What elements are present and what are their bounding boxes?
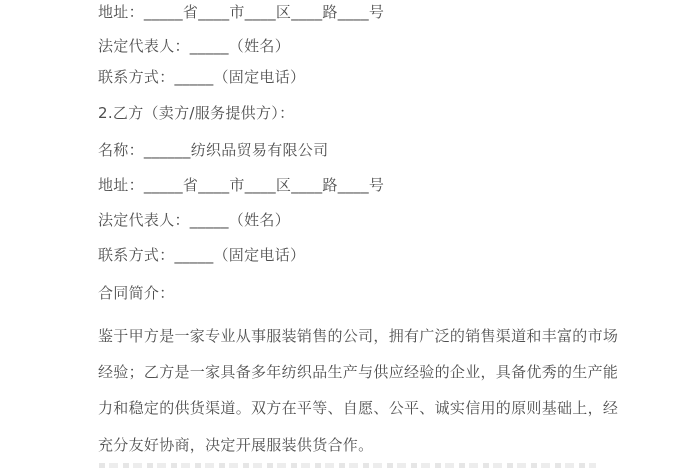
party2-contact-line: 联系方式：_____（固定电话）: [98, 245, 305, 265]
contract-intro-heading: 合同简介：: [98, 283, 175, 303]
party1-address-line: 地址：_____省____市____区____路____号: [98, 2, 384, 22]
intro-paragraph-line-3: 力和稳定的供货渠道。双方在平等、自愿、公平、诚实信用的原则基础上，经: [98, 398, 618, 418]
intro-paragraph-line-2: 经验；乙方是一家具备多年纺织品生产与供应经验的企业，具备优秀的生产能: [98, 362, 618, 382]
clipped-next-text-line: [99, 463, 596, 468]
party2-legal-representative-line: 法定代表人：_____（姓名）: [98, 210, 290, 230]
party2-address-line: 地址：_____省____市____区____路____号: [98, 175, 384, 195]
intro-paragraph-line-1: 鉴于甲方是一家专业从事服装销售的公司，拥有广泛的销售渠道和丰富的市场: [98, 326, 618, 346]
intro-paragraph-line-4: 充分友好协商，决定开展服装供货合作。: [98, 435, 373, 455]
party1-legal-representative-line: 法定代表人：_____（姓名）: [98, 36, 290, 56]
party2-section-heading: 2.乙方（卖方/服务提供方）：: [98, 103, 294, 123]
party2-name-line: 名称：______纺织品贸易有限公司: [98, 140, 328, 160]
party1-contact-line: 联系方式：_____（固定电话）: [98, 67, 305, 87]
contract-document-page: 地址：_____省____市____区____路____号 法定代表人：____…: [0, 0, 700, 470]
